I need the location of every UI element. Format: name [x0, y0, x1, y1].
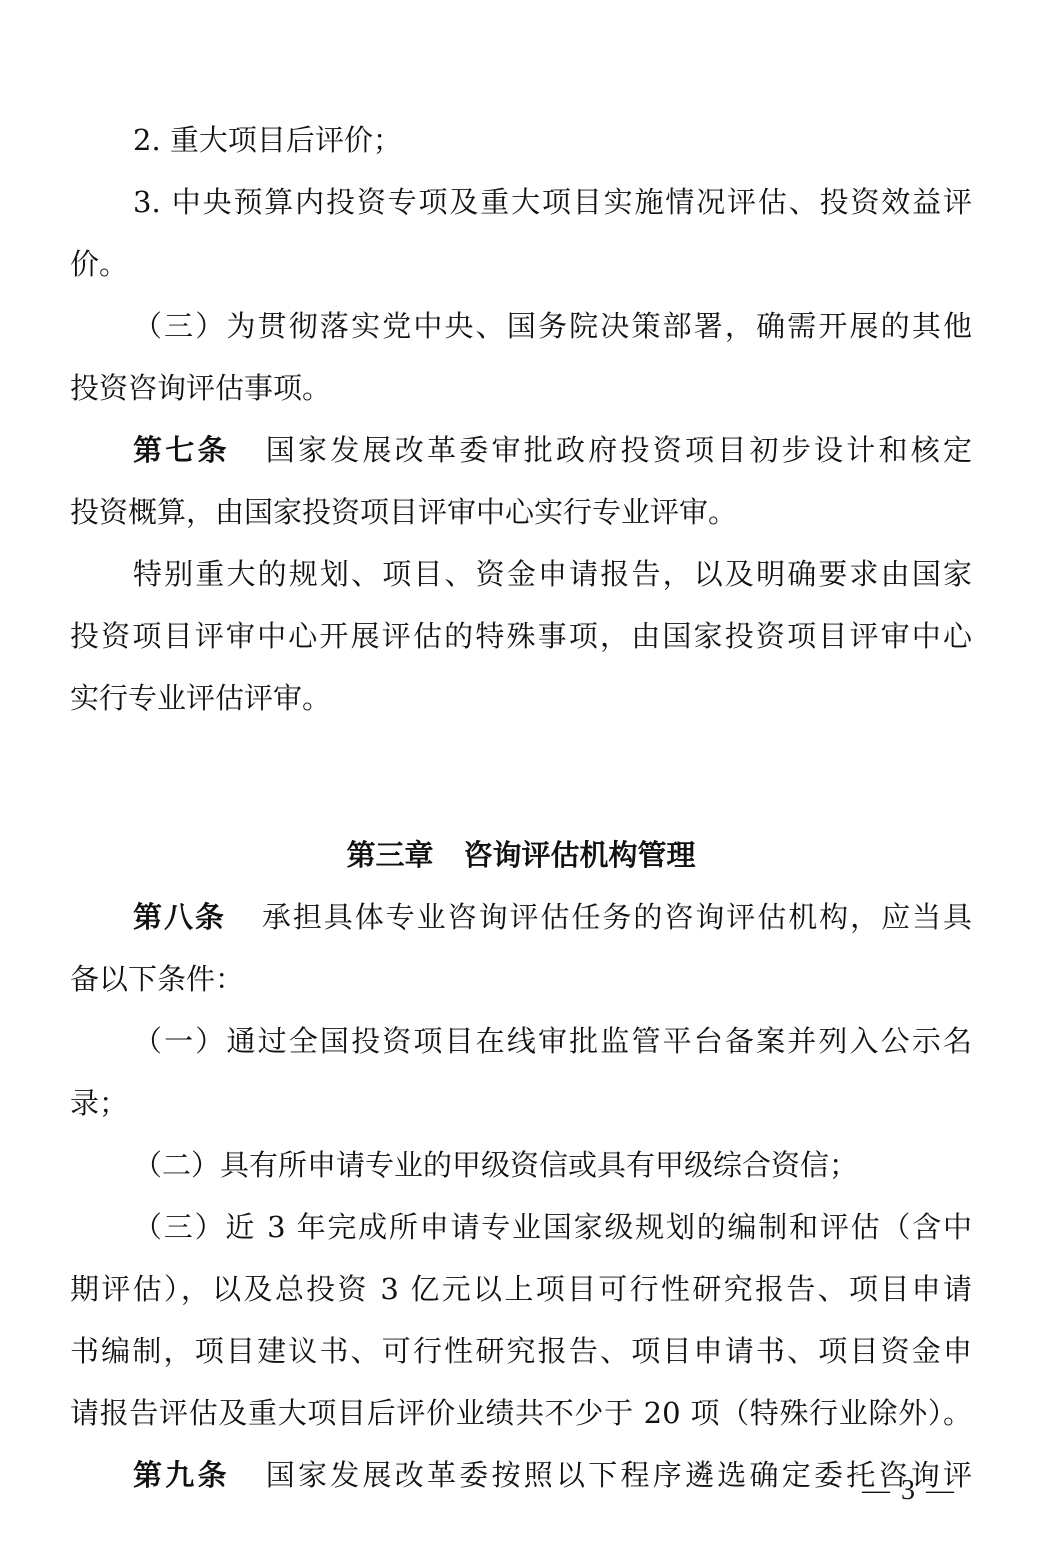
list-item-3-line-2: 价。	[70, 233, 972, 295]
article-9-line-1: 第九条国家发展改革委按照以下程序遴选确定委托咨询评	[70, 1444, 972, 1506]
article-7-para-2-line-1: 特别重大的规划、项目、资金申请报告，以及明确要求由国家	[70, 543, 972, 605]
article-8-clause-1-line-1: （一）通过全国投资项目在线审批监管平台备案并列入公示名	[70, 1010, 972, 1072]
article-7-text: 国家发展改革委审批政府投资项目初步设计和核定	[266, 433, 972, 467]
article-8-line-2: 备以下条件：	[70, 948, 972, 1010]
list-item-3-line-1: 3. 中央预算内投资专项及重大项目实施情况评估、投资效益评	[70, 171, 972, 233]
article-8-line-1: 第八条承担具体专业咨询评估任务的咨询评估机构，应当具	[70, 886, 972, 948]
article-7-label: 第七条	[133, 433, 230, 467]
page-number: — 3 —	[862, 1475, 956, 1507]
clause-3-line-2: 投资咨询评估事项。	[70, 357, 972, 419]
article-7-para-2-line-2: 投资项目评审中心开展评估的特殊事项，由国家投资项目评审中心	[70, 605, 972, 667]
article-7-line-1: 第七条国家发展改革委审批政府投资项目初步设计和核定	[70, 419, 972, 481]
article-8-clause-3-line-3: 书编制，项目建议书、可行性研究报告、项目申请书、项目资金申	[70, 1320, 972, 1382]
document-page: 2. 重大项目后评价； 3. 中央预算内投资专项及重大项目实施情况评估、投资效益…	[70, 109, 972, 1506]
article-8-text: 承担具体专业咨询评估任务的咨询评估机构，应当具	[262, 900, 972, 934]
article-8-clause-3-line-2: 期评估），以及总投资 3 亿元以上项目可行性研究报告、项目申请	[70, 1258, 972, 1320]
article-8-clause-3-line-4: 请报告评估及重大项目后评价业绩共不少于 20 项（特殊行业除外）。	[70, 1382, 972, 1444]
article-8-clause-2: （二）具有所申请专业的甲级资信或具有甲级综合资信；	[70, 1134, 972, 1196]
chapter-heading: 第三章咨询评估机构管理	[70, 824, 972, 886]
article-8-clause-1-line-2: 录；	[70, 1072, 972, 1134]
list-item-2: 2. 重大项目后评价；	[70, 109, 972, 171]
section-spacer	[70, 729, 972, 791]
clause-3-line-1: （三）为贯彻落实党中央、国务院决策部署，确需开展的其他	[70, 295, 972, 357]
article-8-label: 第八条	[133, 900, 226, 934]
article-9-label: 第九条	[133, 1458, 230, 1492]
article-8-clause-3-line-1: （三）近 3 年完成所申请专业国家级规划的编制和评估（含中	[70, 1196, 972, 1258]
article-7-line-2: 投资概算，由国家投资项目评审中心实行专业评审。	[70, 481, 972, 543]
chapter-title: 咨询评估机构管理	[464, 838, 696, 872]
section-spacer-half	[70, 791, 972, 824]
article-7-para-2-line-3: 实行专业评估评审。	[70, 667, 972, 729]
chapter-number: 第三章	[346, 838, 433, 872]
